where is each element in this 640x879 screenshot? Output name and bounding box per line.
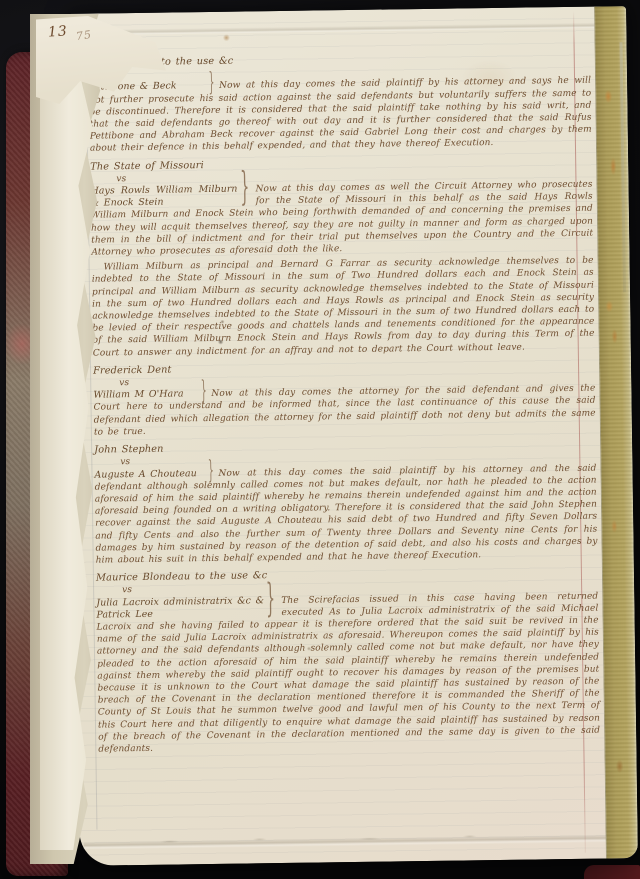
court-entry: x Frederick Dent vs William M O'Hara } N…: [93, 358, 596, 438]
manuscript-page: x Gabriel Long to the use &c vs Pettibon…: [68, 6, 638, 866]
brace-mark: }: [208, 461, 214, 479]
party-line: Patrick Lee: [96, 609, 153, 621]
page-corner-mark: 75: [75, 28, 93, 43]
entry-body: Julia Lacroix administratrix &c & Patric…: [96, 590, 600, 756]
party-line: & Enock Stein: [91, 197, 164, 209]
court-entry: x x The State of Missouri vs Hays Rowls …: [90, 154, 595, 359]
entry-text-second-paragraph: William Milburn as principal and Bernard…: [92, 255, 595, 360]
page-number: 13: [47, 23, 68, 40]
entry-body: Pettibone & Beck } Now at this day comes…: [89, 75, 592, 155]
photo-of-court-record-book: { "page": { "page_number": "13", "corner…: [0, 0, 640, 879]
entry-parties: William M O'Hara }: [93, 388, 211, 402]
entry-parties: Auguste A Chouteau }: [94, 467, 218, 481]
court-entry: x John Stephen vs Auguste A Chouteau } N…: [94, 438, 598, 567]
brace-mark: }: [240, 178, 249, 196]
entry-parties: Hays Rowls William Milburn & Enock Stein…: [90, 183, 255, 210]
party-line: Auguste A Chouteau: [94, 468, 196, 480]
brace-mark: }: [208, 74, 214, 92]
handwritten-entries: x Gabriel Long to the use &c vs Pettibon…: [89, 51, 601, 762]
entry-body: Hays Rowls William Milburn & Enock Stein…: [90, 179, 594, 360]
entry-body: Auguste A Chouteau } Now at this day com…: [94, 462, 597, 567]
court-entry: x Maurice Blondeau to the use &c vs Juli…: [96, 566, 601, 756]
book-cover-corner: [584, 865, 640, 879]
entry-parties: Julia Lacroix administratrix &c & Patric…: [96, 595, 281, 622]
entry-body: William M O'Hara } Now at this day comes…: [93, 383, 596, 439]
page-edge-highlight: [620, 42, 626, 292]
party-line: William M O'Hara: [93, 389, 183, 401]
party-line: Julia Lacroix administratrix &c &: [96, 595, 264, 608]
brace-mark: }: [266, 590, 275, 608]
brace-mark: }: [201, 382, 207, 400]
party-line: Hays Rowls William Milburn: [90, 184, 237, 197]
